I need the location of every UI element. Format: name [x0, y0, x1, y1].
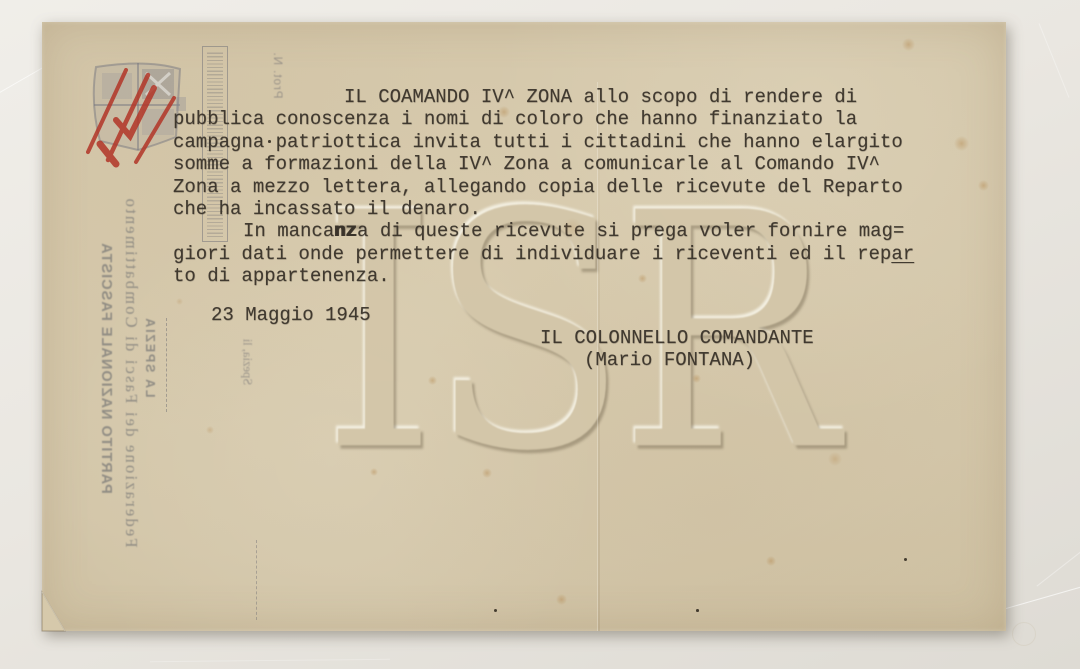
foxing-spot	[766, 556, 776, 566]
typed-fragment: giori dati onde permettere di individuar…	[173, 243, 891, 265]
ghost-place-line: Spezia, li	[240, 339, 255, 386]
overstruck-letters: nz	[334, 220, 357, 242]
typed-line: pubblica conoscenza i nomi di coloro che…	[173, 108, 914, 130]
underlined-letters: ar	[891, 243, 914, 265]
ink-speck	[494, 609, 497, 612]
typed-line: In mancanza di queste ricevute si prega …	[173, 220, 914, 242]
ghost-letterhead-federation: Federazione dei Fasci di Combattimento	[121, 196, 141, 547]
foxing-spot	[978, 180, 989, 191]
foxing-spot	[482, 468, 492, 478]
pnf-emblem-ghost	[86, 53, 186, 157]
ghost-letterhead-city: LA SPEZIA	[143, 316, 157, 397]
document-paper-wrap: ISR	[0, 0, 1080, 669]
ghost-letterhead-rule	[166, 318, 167, 412]
typed-line: to di appartenenza.	[173, 265, 914, 287]
typed-line: giori dati onde permettere di individuar…	[173, 243, 914, 265]
foxing-spot	[828, 452, 842, 466]
foxing-spot	[556, 594, 567, 605]
ghost-letterhead-party: PARTITO NAZIONALE FASCISTA	[98, 242, 114, 494]
typed-line: Zona a mezzo lettera, allegando copia de…	[173, 176, 914, 198]
scan-background: ISR	[0, 0, 1080, 669]
signature-name: (Mario FONTANA)	[540, 349, 814, 371]
typed-fragment: a di queste ricevute si prega voler forn…	[357, 220, 904, 242]
foxing-spot	[428, 376, 437, 385]
foxing-spot	[954, 136, 969, 151]
typed-line: campagna patriottica invita tutti i citt…	[173, 131, 914, 153]
typed-fragment: In manca	[243, 220, 334, 242]
ghost-dashed-rule	[256, 540, 257, 620]
signature-block: IL COLONNELLO COMANDANTE (Mario FONTANA)	[540, 327, 814, 372]
typed-line: che ha incassato il denaro.	[173, 198, 914, 220]
date-line: 23 Maggio 1945	[211, 304, 371, 326]
foxing-spot	[206, 426, 214, 434]
ink-speck	[904, 558, 907, 561]
typed-line: IL COAMANDO IV^ ZONA allo scopo di rende…	[173, 86, 914, 108]
foxing-spot	[370, 468, 378, 476]
foxing-spot	[692, 374, 701, 383]
ink-speck	[696, 609, 699, 612]
document-paper: ISR	[42, 22, 1006, 631]
foxing-spot	[902, 38, 915, 51]
typed-line: somme a formazioni della IV^ Zona a comu…	[173, 153, 914, 175]
typed-body: IL COAMANDO IV^ ZONA allo scopo di rende…	[173, 86, 914, 288]
signature-title: IL COLONNELLO COMANDANTE	[540, 327, 814, 349]
foxing-spot	[176, 298, 183, 305]
